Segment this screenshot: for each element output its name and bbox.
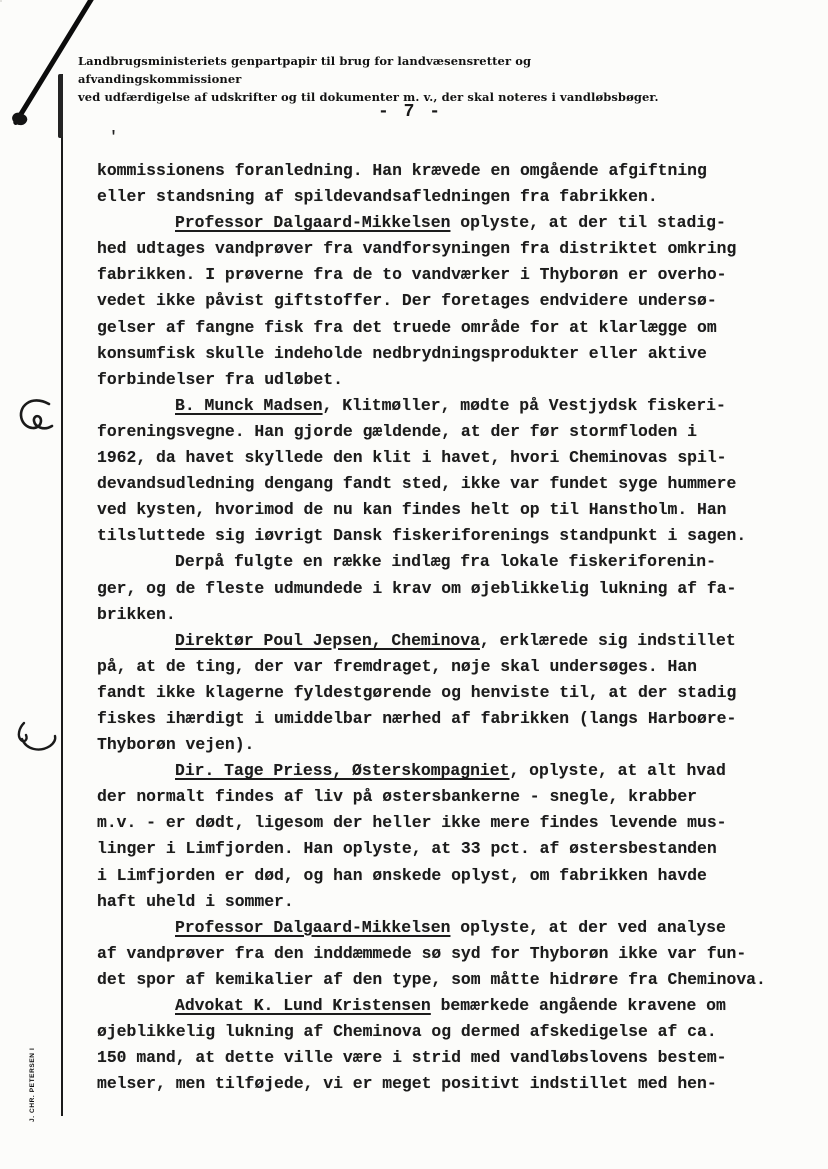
text-run: fandt ikke klagerne fyldestgørende og he… — [97, 683, 736, 702]
text-line: der normalt findes af liv på østersbanke… — [97, 784, 787, 810]
text-line: Advokat K. Lund Kristensen bemærkede ang… — [97, 993, 787, 1019]
text-line: hed udtages vandprøver fra vandforsyning… — [97, 236, 787, 262]
text-run: på, at de ting, der var fremdraget, nøje… — [97, 657, 697, 676]
text-line: øjeblikkelig lukning af Cheminova og der… — [97, 1019, 787, 1045]
text-run: brikken. — [97, 605, 176, 624]
text-run: , Klitmøller, mødte på Vestjydsk fiskeri… — [323, 396, 726, 415]
text-line: eller standsning af spildevandsafledning… — [97, 184, 787, 210]
text-line: 150 mand, at dette ville være i strid me… — [97, 1045, 787, 1071]
underlined-speaker-name: Direktør Poul Jepsen, Cheminova — [175, 631, 480, 650]
text-run: i Limfjorden er død, og han ønskede oply… — [97, 866, 707, 885]
text-run: , oplyste, at alt hvad — [509, 761, 725, 780]
text-run: hed udtages vandprøver fra vandforsyning… — [97, 239, 736, 258]
text-run: forbindelser fra udløbet. — [97, 370, 343, 389]
handwritten-curl-mark-icon — [13, 397, 63, 447]
text-line: ger, og de fleste udmundede i krav om øj… — [97, 576, 787, 602]
text-line: konsumfisk skulle indeholde nedbrydnings… — [97, 341, 787, 367]
text-line: tilsluttede sig iøvrigt Dansk fiskerifor… — [97, 523, 787, 549]
text-run: kommissionens foranledning. Han krævede … — [97, 161, 707, 180]
stray-ink-mark: ' — [109, 129, 118, 146]
text-run: bemærkede angående kravene om — [431, 996, 726, 1015]
text-run: der normalt findes af liv på østersbanke… — [97, 787, 697, 806]
text-run: af vandprøver fra den inddæmmede sø syd … — [97, 944, 746, 963]
printer-stamp-vertical-text: J. CHR. PETERSEN I — [29, 1042, 36, 1122]
text-run: det spor af kemikalier af den type, som … — [97, 970, 766, 989]
text-run: devandsudledning dengang fandt sted, ikk… — [97, 474, 736, 493]
text-line: B. Munck Madsen, Klitmøller, mødte på Ve… — [97, 393, 787, 419]
text-line: melser, men tilføjede, vi er meget posit… — [97, 1071, 787, 1097]
text-line: linger i Limfjorden. Han oplyste, at 33 … — [97, 836, 787, 862]
text-run: fabrikken. I prøverne fra de to vandværk… — [97, 265, 727, 284]
text-line: haft uheld i sommer. — [97, 889, 787, 915]
text-run: vedet ikke påvist giftstoffer. Der foret… — [97, 291, 717, 310]
text-run: melser, men tilføjede, vi er meget posit… — [97, 1074, 717, 1093]
text-run: , erklærede sig indstillet — [480, 631, 736, 650]
letterhead-notice-line1: Landbrugsministeriets genpartpapir til b… — [78, 52, 664, 88]
text-line: Professor Dalgaard-Mikkelsen oplyste, at… — [97, 210, 787, 236]
text-run: oplyste, at der til stadig- — [450, 213, 725, 232]
page-number: - 7 - — [378, 102, 442, 122]
text-run: 1962, da havet skyllede den klit i havet… — [97, 448, 727, 467]
text-line: på, at de ting, der var fremdraget, nøje… — [97, 654, 787, 680]
text-line: foreningsvegne. Han gjorde gældende, at … — [97, 419, 787, 445]
text-line: 1962, da havet skyllede den klit i havet… — [97, 445, 787, 471]
text-run: ved kysten, hvorimod de nu kan findes he… — [97, 500, 727, 519]
underlined-speaker-name: B. Munck Madsen — [175, 396, 323, 415]
text-run: tilsluttede sig iøvrigt Dansk fiskerifor… — [97, 526, 746, 545]
underlined-speaker-name: Advokat K. Lund Kristensen — [175, 996, 431, 1015]
text-run: ger, og de fleste udmundede i krav om øj… — [97, 579, 736, 598]
text-run: konsumfisk skulle indeholde nedbrydnings… — [97, 344, 707, 363]
letterhead-notice: Landbrugsministeriets genpartpapir til b… — [78, 52, 664, 106]
text-line: brikken. — [97, 602, 787, 628]
text-run: 150 mand, at dette ville være i strid me… — [97, 1048, 727, 1067]
text-line: fandt ikke klagerne fyldestgørende og he… — [97, 680, 787, 706]
text-line: Derpå fulgte en række indlæg fra lokale … — [97, 549, 787, 575]
text-line: Thyborøn vejen). — [97, 732, 787, 758]
text-line: kommissionens foranledning. Han krævede … — [97, 158, 787, 184]
left-margin-rule-dense-segment — [58, 74, 63, 138]
text-line: af vandprøver fra den inddæmmede sø syd … — [97, 941, 787, 967]
text-line: Professor Dalgaard-Mikkelsen oplyste, at… — [97, 915, 787, 941]
text-line: ved kysten, hvorimod de nu kan findes he… — [97, 497, 787, 523]
text-run: gelser af fangne fisk fra det truede omr… — [97, 318, 717, 337]
text-line: det spor af kemikalier af den type, som … — [97, 967, 787, 993]
text-run: linger i Limfjorden. Han oplyste, at 33 … — [97, 839, 717, 858]
text-line: Direktør Poul Jepsen, Cheminova, erklære… — [97, 628, 787, 654]
text-run: foreningsvegne. Han gjorde gældende, at … — [97, 422, 697, 441]
text-line: fabrikken. I prøverne fra de to vandværk… — [97, 262, 787, 288]
text-line: m.v. - er dødt, ligesom der heller ikke … — [97, 810, 787, 836]
handwritten-curl-mark-icon — [12, 719, 64, 761]
scanned-document-page: Landbrugsministeriets genpartpapir til b… — [0, 0, 828, 1169]
text-run: fiskes ihærdigt i umiddelbar nærhed af f… — [97, 709, 736, 728]
text-run: eller standsning af spildevandsafledning… — [97, 187, 658, 206]
text-run: m.v. - er dødt, ligesom der heller ikke … — [97, 813, 727, 832]
text-run: haft uheld i sommer. — [97, 892, 294, 911]
scan-noise-speckles — [0, 0, 2, 2]
text-run: Derpå fulgte en række indlæg fra lokale … — [175, 552, 716, 571]
text-line: forbindelser fra udløbet. — [97, 367, 787, 393]
text-line: vedet ikke påvist giftstoffer. Der foret… — [97, 288, 787, 314]
text-run: øjeblikkelig lukning af Cheminova og der… — [97, 1022, 717, 1041]
text-run: Thyborøn vejen). — [97, 735, 254, 754]
text-line: devandsudledning dengang fandt sted, ikk… — [97, 471, 787, 497]
underlined-speaker-name: Dir. Tage Priess, Østerskompagniet — [175, 761, 509, 780]
text-line: gelser af fangne fisk fra det truede omr… — [97, 315, 787, 341]
letterhead-notice-line2: ved udfærdigelse af udskrifter og til do… — [78, 88, 664, 106]
text-line: fiskes ihærdigt i umiddelbar nærhed af f… — [97, 706, 787, 732]
document-body: kommissionens foranledning. Han krævede … — [97, 158, 787, 1097]
underlined-speaker-name: Professor Dalgaard-Mikkelsen — [175, 213, 450, 232]
left-margin-rule-line — [61, 74, 63, 1116]
pen-stroke-blob — [10, 110, 29, 128]
text-line: Dir. Tage Priess, Østerskompagniet, oply… — [97, 758, 787, 784]
underlined-speaker-name: Professor Dalgaard-Mikkelsen — [175, 918, 450, 937]
text-line: i Limfjorden er død, og han ønskede oply… — [97, 863, 787, 889]
text-run: oplyste, at der ved analyse — [450, 918, 725, 937]
